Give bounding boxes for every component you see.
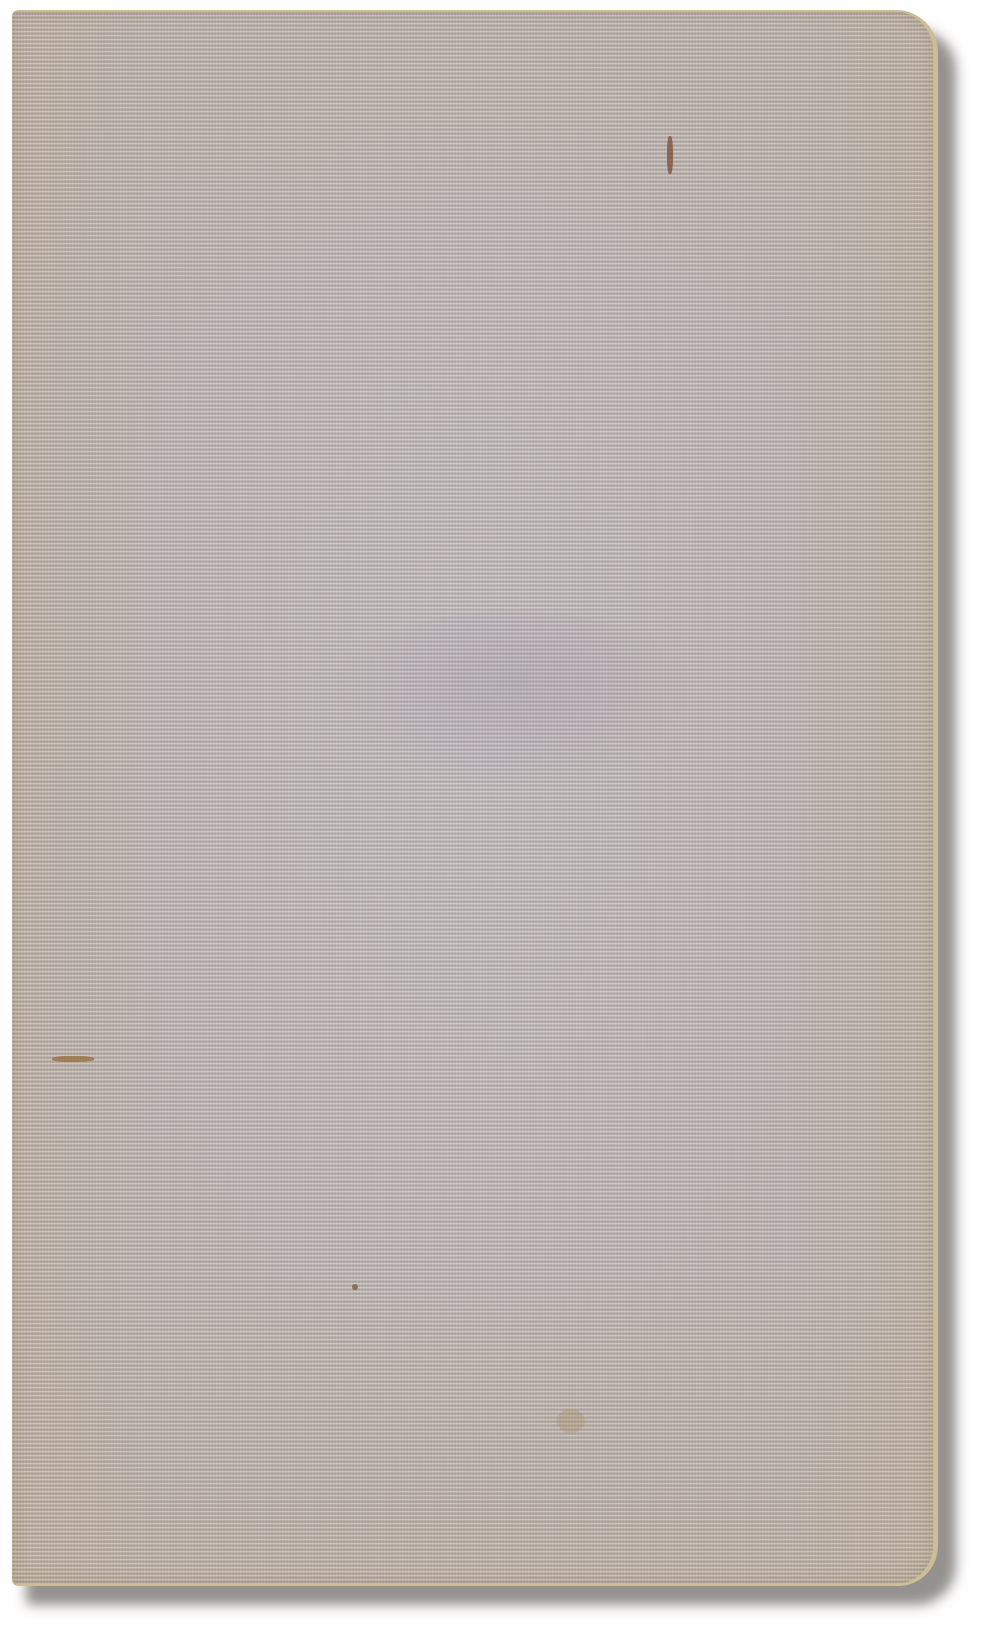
stain-mark (52, 1056, 94, 1062)
stain-mark (557, 1409, 585, 1433)
stain-mark (667, 136, 673, 174)
book-cover (12, 11, 933, 1584)
fabric-crease (322, 611, 702, 791)
stain-mark (352, 1284, 358, 1290)
scan-background (0, 0, 1000, 1626)
